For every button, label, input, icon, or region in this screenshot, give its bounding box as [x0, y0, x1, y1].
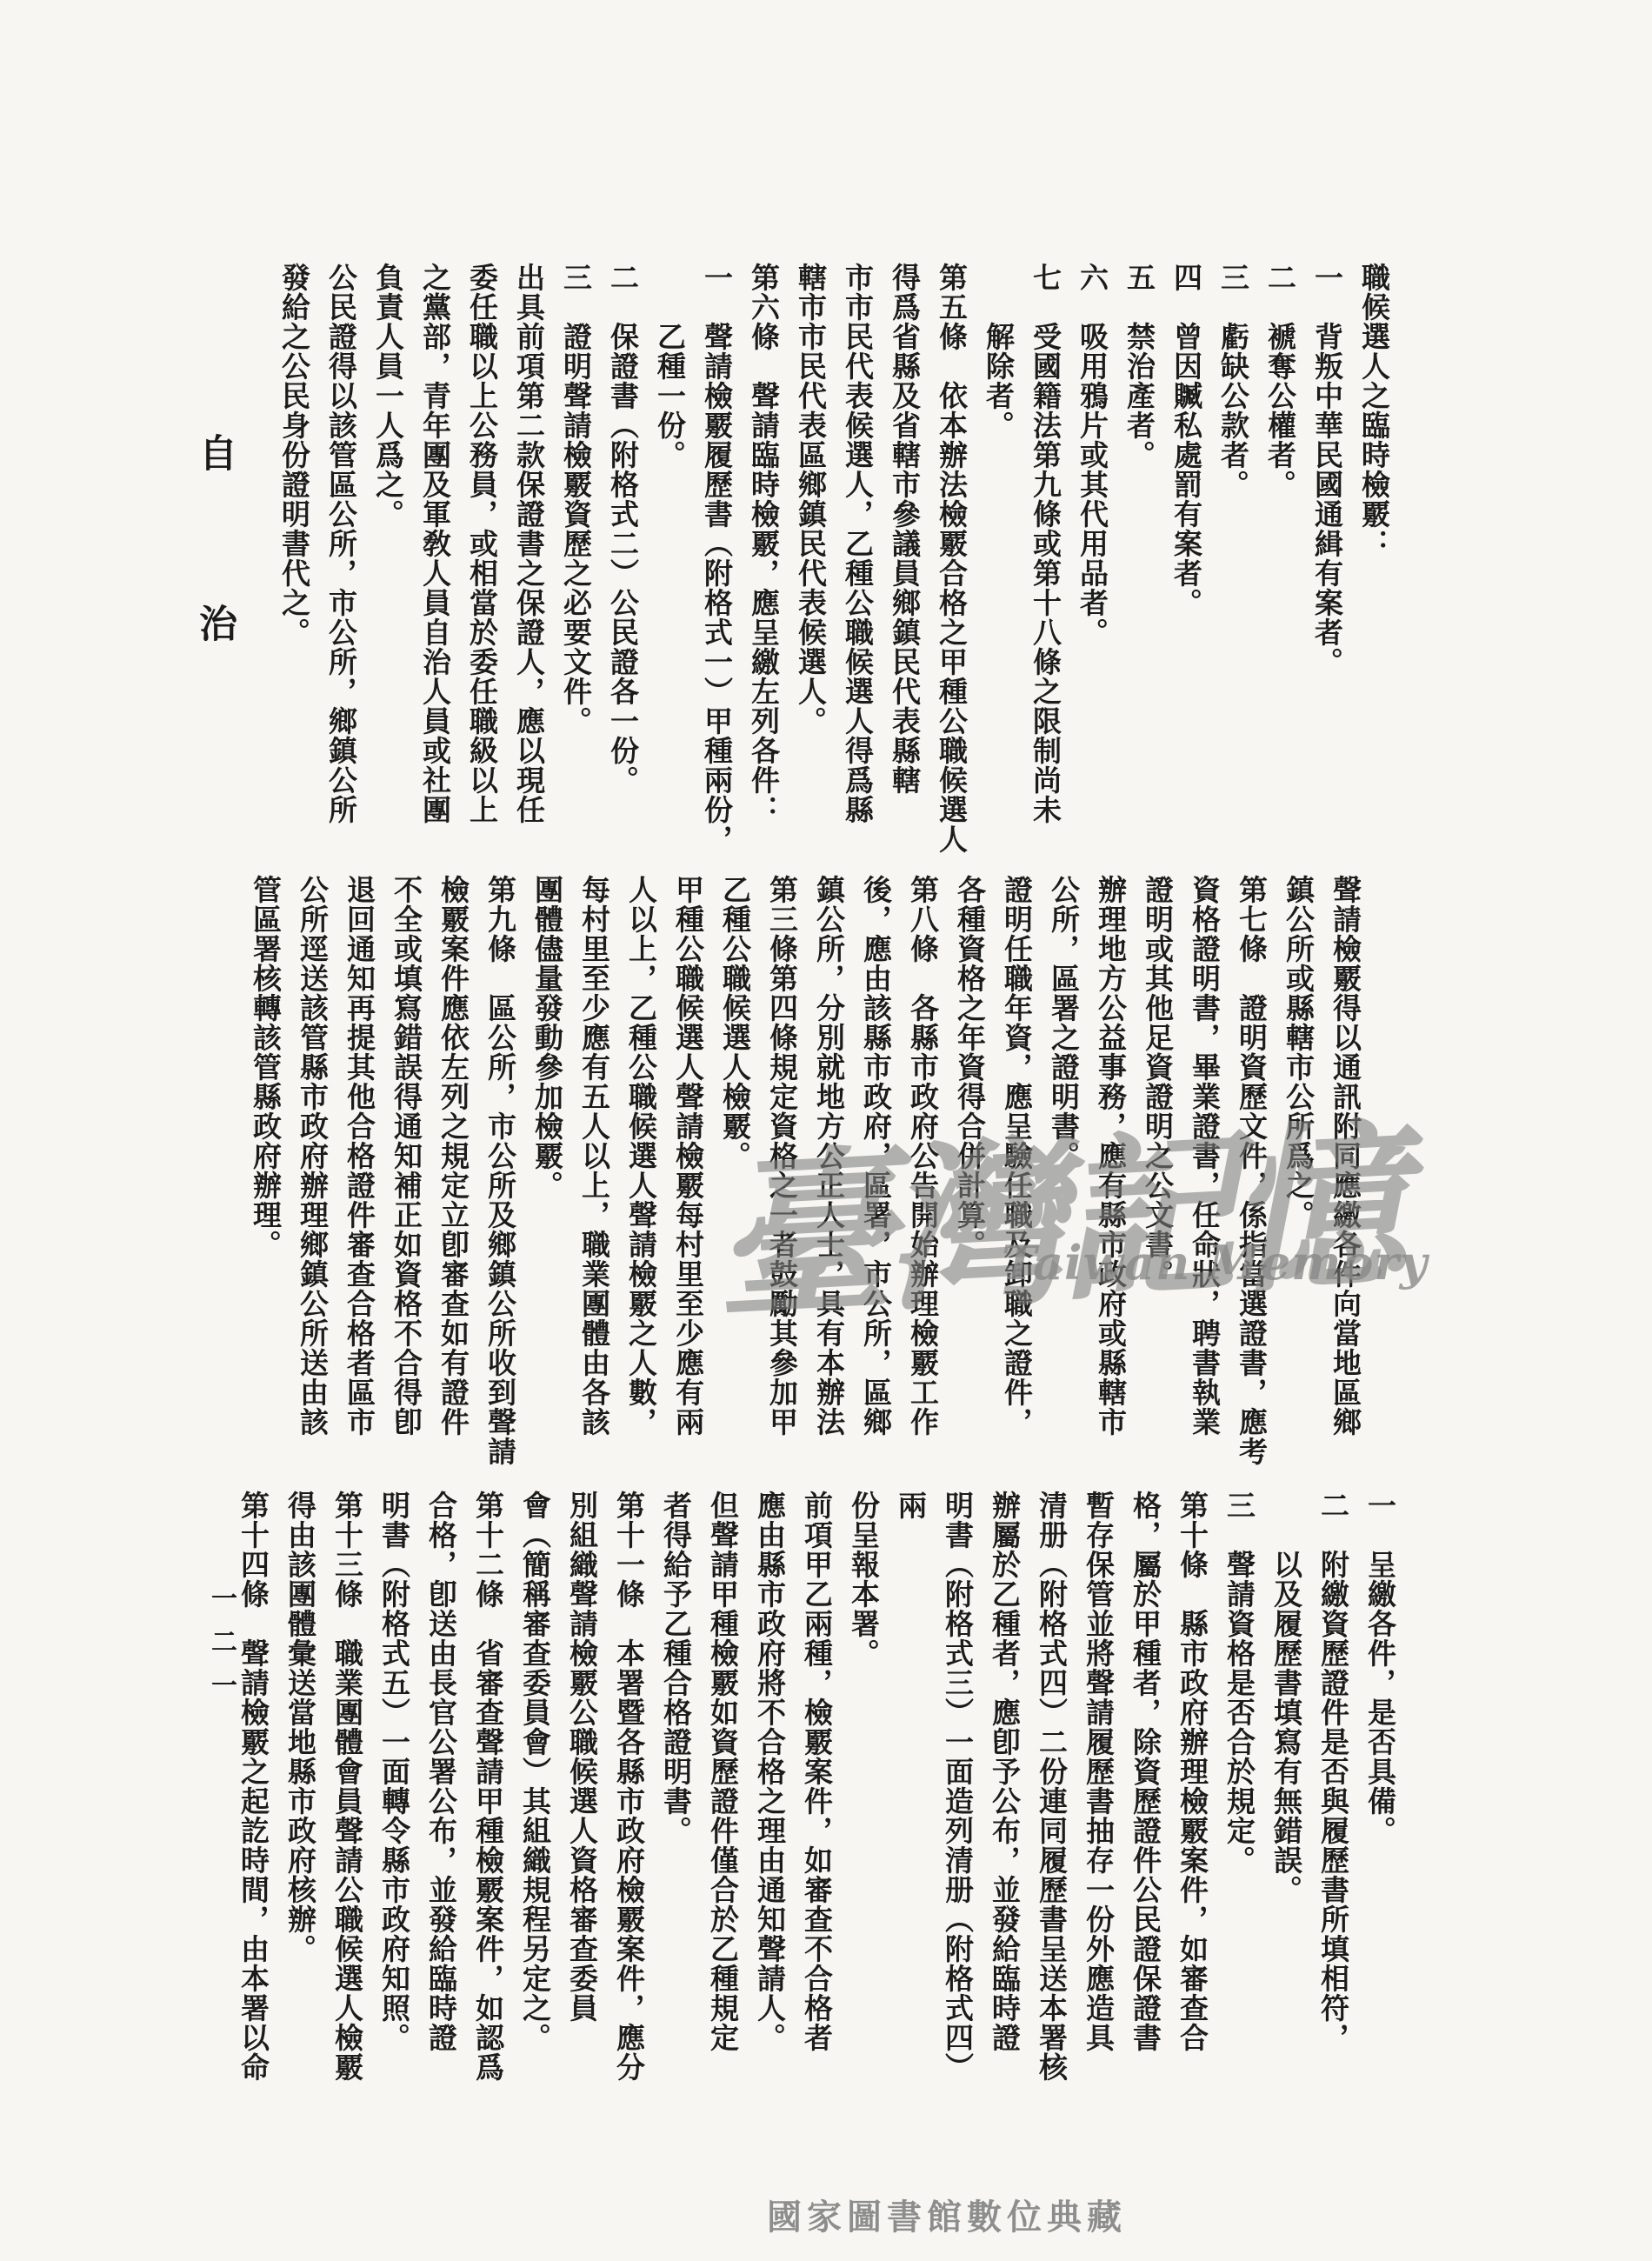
text-column: 之黨部，青年團及軍敎人員自治人員或社團 [411, 263, 458, 867]
text-column: 第六條 聲請臨時檢覈，應呈繳左列各件： [740, 263, 787, 867]
text-column: 鎮公所，分別就地方公正人士，具有本辦法 [805, 875, 852, 1479]
text-column: 前項甲乙兩種，檢覈案件，如審查不合格者 [793, 1491, 840, 2095]
text-column: 公所逕送該管縣市政府辦理鄉鎮公所送由該 [289, 875, 336, 1479]
text-column: 別組織聲請檢覈公職候選人資格審查委員 [558, 1491, 605, 2095]
text-column: 負責人員一人爲之。 [364, 263, 411, 867]
text-column: 聲請檢覈得以通訊附同應繳各件向當地區鄉 [1322, 875, 1369, 1479]
text-column: 第十四條 聲請檢覈之起訖時間，由本署以命 [230, 1491, 276, 2095]
text-column: 乙種公職候選人檢覈。 [711, 875, 758, 1479]
text-column: 公民證得以該管區公所，市公所，鄉鎮公所 [317, 263, 364, 867]
text-column: 管區署核轉該管縣政府辦理。 [242, 875, 289, 1479]
text-column: 辦屬於乙種者，應卽予公布，並發給臨時證 [981, 1491, 1028, 2095]
text-column: 二 附繳資歷證件是否與履歷書所填相符， [1309, 1491, 1356, 2095]
text-column: 四 曾因贓私處罰有案者。 [1162, 263, 1209, 867]
text-column: 證明任職年資，應呈驗任職及卸職之證件， [993, 875, 1040, 1479]
text-column: 各種資格之年資得合併計算。 [946, 875, 993, 1479]
text-column: 甲種公職候選人聲請檢覈每村里至少應有兩 [664, 875, 711, 1479]
text-column: 以及履歷書填寫有無錯誤。 [1262, 1491, 1309, 2095]
text-column: 每村里至少應有五人以上，職業團體由各該 [570, 875, 617, 1479]
text-column: 鎮公所或縣轄市公所爲之。 [1275, 875, 1322, 1479]
text-column: 者得給予乙種合格證明書。 [652, 1491, 699, 2095]
text-column: 一 呈繳各件，是否具備。 [1356, 1491, 1403, 2095]
text-column: 轄市市民代表區鄉鎮民代表候選人。 [787, 263, 834, 867]
text-column: 市市民代表候選人，乙種公職候選人得爲縣 [834, 263, 881, 867]
text-column: 出具前項第二款保證書之保證人，應以現任 [505, 263, 552, 867]
text-column: 證明或其他足資證明之公文書。 [1134, 875, 1181, 1479]
text-column: 人以上，乙種公職候選人聲請檢覈之人數， [617, 875, 664, 1479]
text-column: 第三條第四條規定資格之一者鼓勵其參加甲 [758, 875, 805, 1479]
text-column: 明書（附格式三）一面造列清册（附格式四）兩 [887, 1491, 981, 2095]
text-column: 但聲請甲種檢覈如資歷證件僅合於乙種規定 [699, 1491, 746, 2095]
text-column: 份呈報本署。 [840, 1491, 887, 2095]
text-column: 暫存保管並將聲請履歷書抽存一份外應造具 [1075, 1491, 1122, 2095]
text-column: 一 聲請檢覈履歷書（附格式一）甲種兩份， [693, 263, 740, 867]
text-column: 發給之公民身份證明書代之。 [270, 263, 317, 867]
text-band-top: 職候選人之臨時檢覈：一 背叛中華民國通緝有案者。二 褫奪公權者。三 虧缺公款者。… [270, 263, 1397, 867]
text-column: 團體儘量發動參加檢覈。 [523, 875, 570, 1479]
text-column: 第十三條 職業團體會員聲請公職候選人檢覈 [323, 1491, 370, 2095]
text-column: 得爲省縣及省轄市參議員鄉鎮民代表縣轄 [881, 263, 928, 867]
text-column: 退回通知再提其他合格證件審查合格者區市 [336, 875, 383, 1479]
text-column: 辦理地方公益事務，應有縣市政府或縣轄市 [1087, 875, 1134, 1479]
footer-digital-archive-label: 國家圖書館數位典藏 [767, 2190, 1127, 2239]
text-column: 不全或填寫錯誤得通知補正如資格不合得卽 [383, 875, 430, 1479]
text-column: 三 聲請資格是否合於規定。 [1216, 1491, 1262, 2095]
text-column: 第九條 區公所，市公所及鄉鎮公所收到聲請 [476, 875, 523, 1479]
text-column: 六 吸用鴉片或其代用品者。 [1069, 263, 1116, 867]
text-column: 後，應由該縣市政府，區署，市公所，區鄉 [852, 875, 899, 1479]
text-column: 委任職以上公務員，或相當於委任職級以上 [458, 263, 505, 867]
text-column: 公所，區署之證明書。 [1040, 875, 1087, 1479]
text-column: 二 保證書（附格式二）公民證各一份。 [599, 263, 646, 867]
text-column: 第五條 依本辦法檢覈合格之甲種公職候選人 [928, 263, 975, 867]
text-column: 明書（附格式五）一面轉令縣市政府知照。 [370, 1491, 417, 2095]
text-column: 七 受國籍法第九條或第十八條之限制尚未 [1022, 263, 1069, 867]
text-column: 合格，卽送由長官公署公布，並發給臨時證 [417, 1491, 464, 2095]
text-column: 職候選人之臨時檢覈： [1350, 263, 1397, 867]
text-column: 三 證明聲請檢覈資歷之必要文件。 [552, 263, 599, 867]
text-column: 會（簡稱審查委員會）其組織規程另定之。 [511, 1491, 558, 2095]
text-column: 三 虧缺公款者。 [1209, 263, 1256, 867]
text-column: 資格證明書，畢業證書，任命狀，聘書執業 [1181, 875, 1228, 1479]
text-column: 乙種一份。 [646, 263, 693, 867]
text-column: 應由縣市政府將不合格之理由通知聲請人。 [746, 1491, 793, 2095]
text-band-middle: 聲請檢覈得以通訊附同應繳各件向當地區鄉鎮公所或縣轄市公所爲之。第七條 證明資歷文… [242, 875, 1369, 1479]
text-column: 檢覈案件應依左列之規定立卽審查如有證件 [430, 875, 476, 1479]
text-column: 二 褫奪公權者。 [1256, 263, 1303, 867]
text-column: 五 禁治產者。 [1116, 263, 1162, 867]
text-column: 格，屬於甲種者，除資歷證件公民證保證書 [1122, 1491, 1169, 2095]
text-column: 清册（附格式四）二份連同履歷書呈送本署核 [1028, 1491, 1075, 2095]
text-column: 第七條 證明資歷文件，係指當選證書，應考 [1228, 875, 1275, 1479]
document-page: 自治 一二一 職候選人之臨時檢覈：一 背叛中華民國通緝有案者。二 褫奪公權者。三… [0, 0, 1652, 2261]
section-margin-label: 自治 [186, 433, 242, 774]
text-band-bottom: 一 呈繳各件，是否具備。二 附繳資歷證件是否與履歷書所填相符，以及履歷書填寫有無… [230, 1491, 1403, 2095]
text-column: 第八條 各縣市政府公告開始辦理檢覈工作 [899, 875, 946, 1479]
text-column: 得由該團體彙送當地縣市政府核辦。 [276, 1491, 323, 2095]
text-column: 一 背叛中華民國通緝有案者。 [1303, 263, 1350, 867]
text-column: 第十條 縣市政府辦理檢覈案件，如審查合 [1169, 1491, 1216, 2095]
text-column: 第十二條 省審查聲請甲種檢覈案件，如認爲 [464, 1491, 511, 2095]
text-column: 解除者。 [975, 263, 1022, 867]
text-column: 第十一條 本署暨各縣市政府檢覈案件，應分 [605, 1491, 652, 2095]
